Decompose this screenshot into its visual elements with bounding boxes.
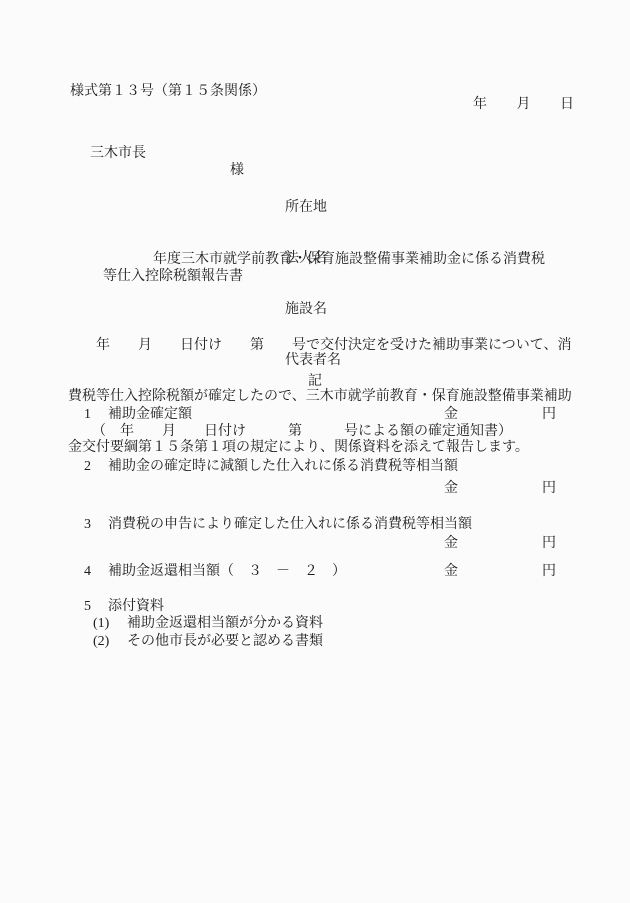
- issue-date-line: 年 月 日: [473, 96, 575, 113]
- attachment-item-1: (1) 補助金返還相当額が分かる資料: [0, 615, 630, 632]
- item-1-amount-prefix: 金: [444, 406, 458, 423]
- attachment-item-1-label: 補助金返還相当額が分かる資料: [127, 615, 323, 632]
- body-line-1: 年 月 日付け 第 号で交付決定を受けた補助事業について、消: [68, 337, 580, 354]
- item-3-number: 3: [84, 516, 91, 533]
- item-1-label: 補助金確定額: [108, 406, 192, 423]
- item-4-label: 補助金返還相当額（ ３ － ２ ）: [108, 563, 346, 580]
- document-page: 様式第１３号（第１５条関係） 年 月 日 三木市長 様 所在地 法人名 施設名 …: [0, 0, 630, 903]
- addressee-honorific: 様: [230, 162, 244, 179]
- form-number-label: 様式第１３号（第１５条関係）: [70, 83, 266, 100]
- addressee-line: 三木市長 様: [0, 128, 630, 145]
- report-title-line-2: 等仕入控除税額報告書: [103, 268, 243, 285]
- item-3-amount-suffix: 円: [542, 535, 556, 552]
- item-3-label: 消費税の申告により確定した仕入れに係る消費税等相当額: [108, 516, 472, 533]
- item-2-amount-row: 金 円: [0, 480, 630, 497]
- item-2-label: 補助金の確定時に減額した仕入れに係る消費税等相当額: [108, 458, 458, 475]
- item-4-number: 4: [84, 563, 91, 580]
- item-5-row: 5 添付資料: [0, 598, 630, 615]
- item-2-row: 2 補助金の確定時に減額した仕入れに係る消費税等相当額: [0, 458, 630, 475]
- item-1-note: （ 年 月 日付け 第 号による額の確定通知書）: [92, 423, 512, 440]
- item-2-amount-suffix: 円: [542, 480, 556, 497]
- attachment-item-2-number: (2): [93, 633, 109, 650]
- item-5-label: 添付資料: [108, 598, 164, 615]
- item-1-row: 1 補助金確定額 金 円: [0, 406, 630, 423]
- attachment-item-2: (2) その他市長が必要と認める書類: [0, 633, 630, 650]
- report-title-line-1: 年度三木市就学前教育・保育施設整備事業補助金に係る消費税: [153, 251, 545, 268]
- item-4-amount-prefix: 金: [444, 563, 458, 580]
- item-3-amount-prefix: 金: [444, 535, 458, 552]
- attachment-item-1-number: (1): [93, 615, 109, 632]
- item-1-amount-suffix: 円: [542, 406, 556, 423]
- body-line-2: 費税等仕入控除税額が確定したので、三木市就学前教育・保育施設整備事業補助: [68, 388, 580, 405]
- item-1-number: 1: [84, 406, 91, 423]
- attachment-item-2-label: その他市長が必要と認める書類: [127, 633, 323, 650]
- item-4-amount-suffix: 円: [542, 563, 556, 580]
- item-5-number: 5: [84, 598, 91, 615]
- item-3-row: 3 消費税の申告により確定した仕入れに係る消費税等相当額: [0, 516, 630, 533]
- item-2-amount-prefix: 金: [444, 480, 458, 497]
- item-4-row: 4 補助金返還相当額（ ３ － ２ ） 金 円: [0, 563, 630, 580]
- record-marker: 記: [0, 373, 630, 390]
- addressee-name: 三木市長: [90, 145, 146, 162]
- item-3-amount-row: 金 円: [0, 535, 630, 552]
- sender-field-location: 所在地: [285, 199, 341, 216]
- item-2-number: 2: [84, 458, 91, 475]
- body-line-3: 金交付要綱第１５条第１項の規定により、関係資料を添えて報告します。: [68, 439, 580, 456]
